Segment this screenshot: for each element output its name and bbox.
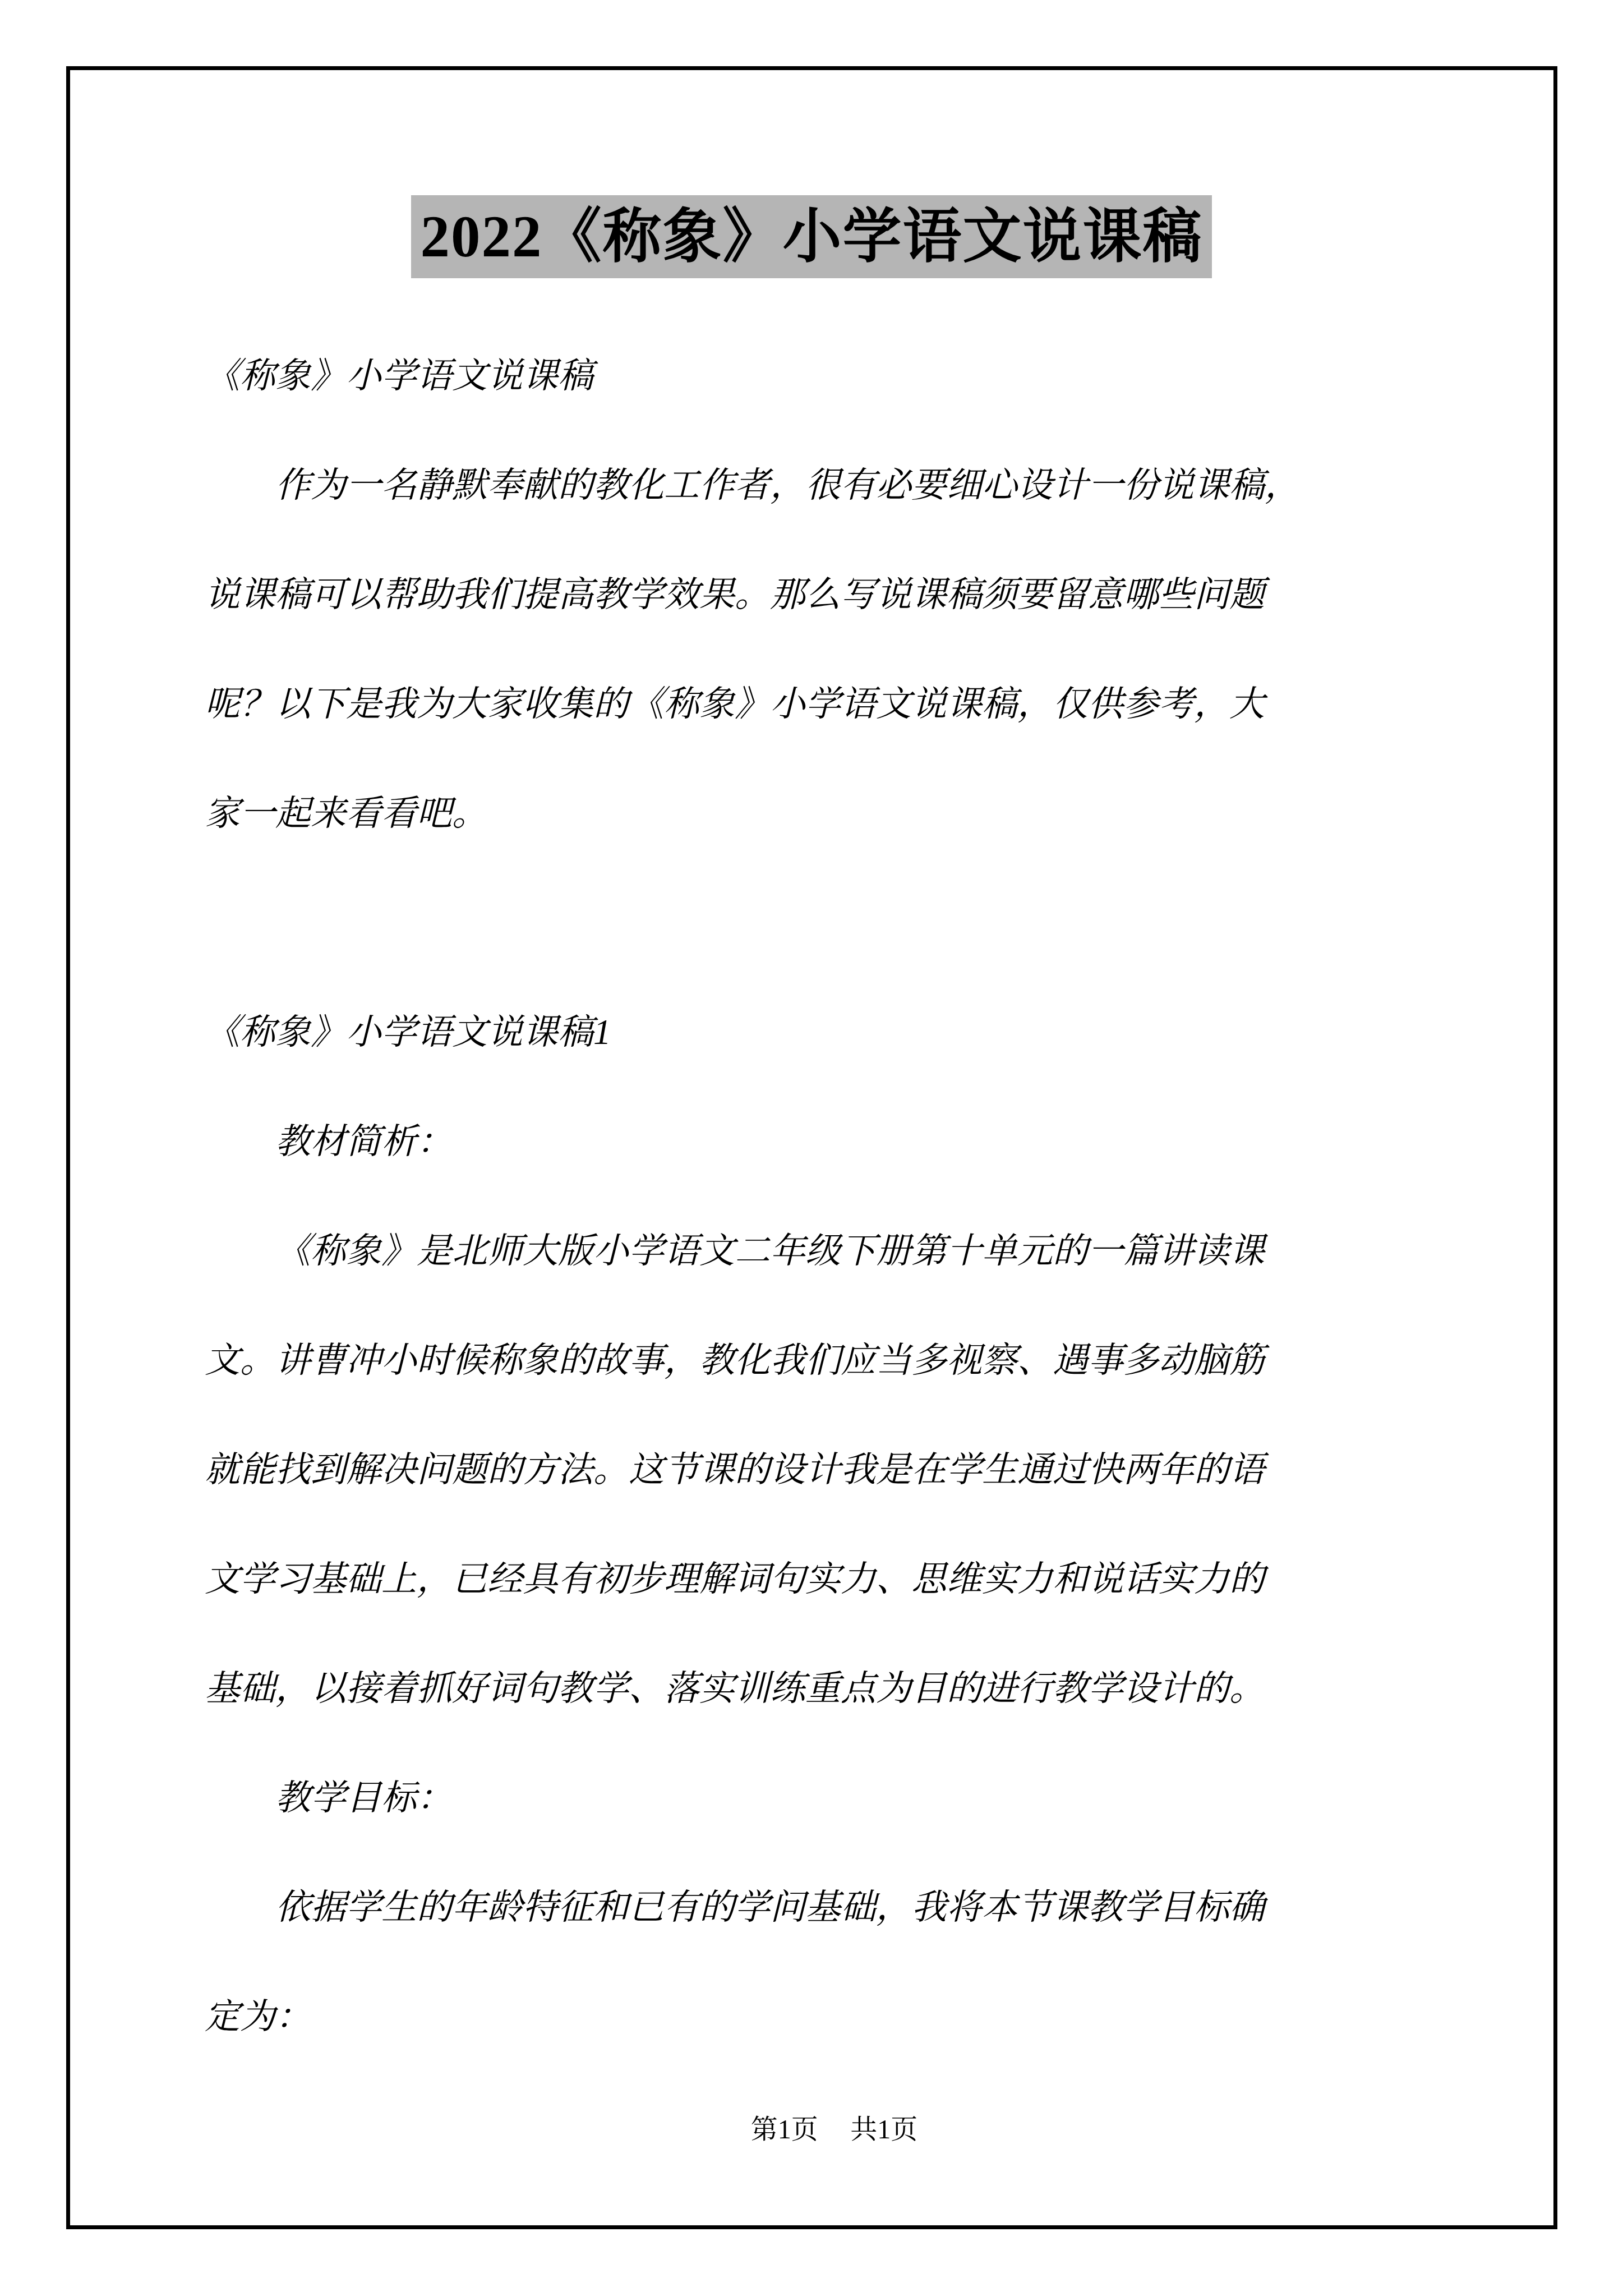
document-page: 2022《称象》小学语文说课稿 《称象》小学语文说课稿 作为一名静默奉献的教化工… bbox=[0, 0, 1623, 2296]
document-body: 《称象》小学语文说课稿 作为一名静默奉献的教化工作者，很有必要细心设计一份说课稿… bbox=[205, 321, 1464, 2072]
text-line: 教材简析： bbox=[205, 1087, 1464, 1197]
text-line: 基础，以接着抓好词句教学、落实训练重点为目的进行教学设计的。 bbox=[205, 1634, 1464, 1743]
text-line: 文。讲曹冲小时候称象的故事，教化我们应当多视察、遇事多动脑筋 bbox=[205, 1306, 1464, 1415]
text-line: 《称象》小学语文说课稿 bbox=[205, 321, 1464, 431]
page-footer: 第1页共1页 bbox=[205, 2110, 1464, 2150]
text-line: 呢？以下是我为大家收集的《称象》小学语文说课稿，仅供参考，大 bbox=[205, 650, 1464, 759]
text-line: 《称象》小学语文说课稿1 bbox=[205, 978, 1464, 1087]
text-line: 说课稿可以帮助我们提高教学效果。那么写说课稿须要留意哪些问题 bbox=[205, 540, 1464, 650]
text-line: 教学目标： bbox=[205, 1743, 1464, 1853]
text-line: 家一起来看看吧。 bbox=[205, 759, 1464, 868]
text-line: 《称象》是北师大版小学语文二年级下册第十单元的一篇讲读课 bbox=[205, 1197, 1464, 1306]
text-line: 作为一名静默奉献的教化工作者，很有必要细心设计一份说课稿， bbox=[205, 431, 1464, 540]
page-number: 第1页 bbox=[751, 2115, 818, 2145]
document-title: 2022《称象》小学语文说课稿 bbox=[0, 195, 1623, 278]
text-line: 文学习基础上，已经具有初步理解词句实力、思维实力和说话实力的 bbox=[205, 1525, 1464, 1634]
text-line: 定为： bbox=[205, 1962, 1464, 2072]
text-line: 就能找到解决问题的方法。这节课的设计我是在学生通过快两年的语 bbox=[205, 1415, 1464, 1525]
title-highlight: 2022《称象》小学语文说课稿 bbox=[411, 195, 1211, 278]
text-line: 依据学生的年龄特征和已有的学问基础，我将本节课教学目标确 bbox=[205, 1853, 1464, 1962]
page-total: 共1页 bbox=[850, 2115, 917, 2145]
